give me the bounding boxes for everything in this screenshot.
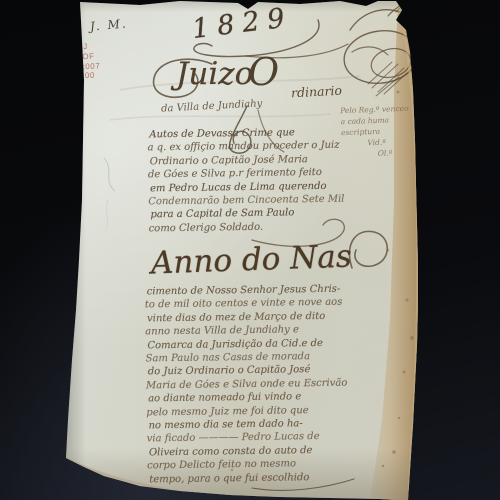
title-word-juizo: Juizo bbox=[176, 56, 253, 92]
manuscript-line: como Clerigo Soldado. bbox=[149, 219, 345, 235]
manuscript-line: tempo, para o que fui escolhido bbox=[149, 470, 348, 486]
opening-paragraph: Autos de Devassa Crime que a q. ex offiç… bbox=[147, 126, 345, 236]
valle-loop-flourish bbox=[349, 231, 387, 268]
notary-rubric-flourish bbox=[341, 1, 422, 96]
title-ordinario-initial: O bbox=[248, 50, 279, 94]
stamp-line: 0200 bbox=[75, 71, 102, 82]
archival-stamp: TJJ 1ºOF Cx007 0200 bbox=[73, 41, 101, 82]
body-paragraph: cimento de Nosso Senhor Jesus Chris- to … bbox=[145, 283, 349, 487]
photo-backdrop: { "document": { "year": "1829", "initial… bbox=[0, 0, 500, 500]
margin-note-signature: Ol.ª bbox=[378, 147, 411, 159]
pencil-smudge bbox=[104, 158, 115, 230]
margin-fee-note: Pelo Reg.º venceo a cada huma escriptura… bbox=[340, 103, 410, 160]
title-ordinario-rest: rdinario bbox=[291, 83, 343, 101]
section-heading-anno: Anno do Nas bbox=[150, 239, 352, 282]
manuscript-page: J. M. TJJ 1ºOF Cx007 0200 1829 Juizo O r… bbox=[0, 0, 500, 500]
